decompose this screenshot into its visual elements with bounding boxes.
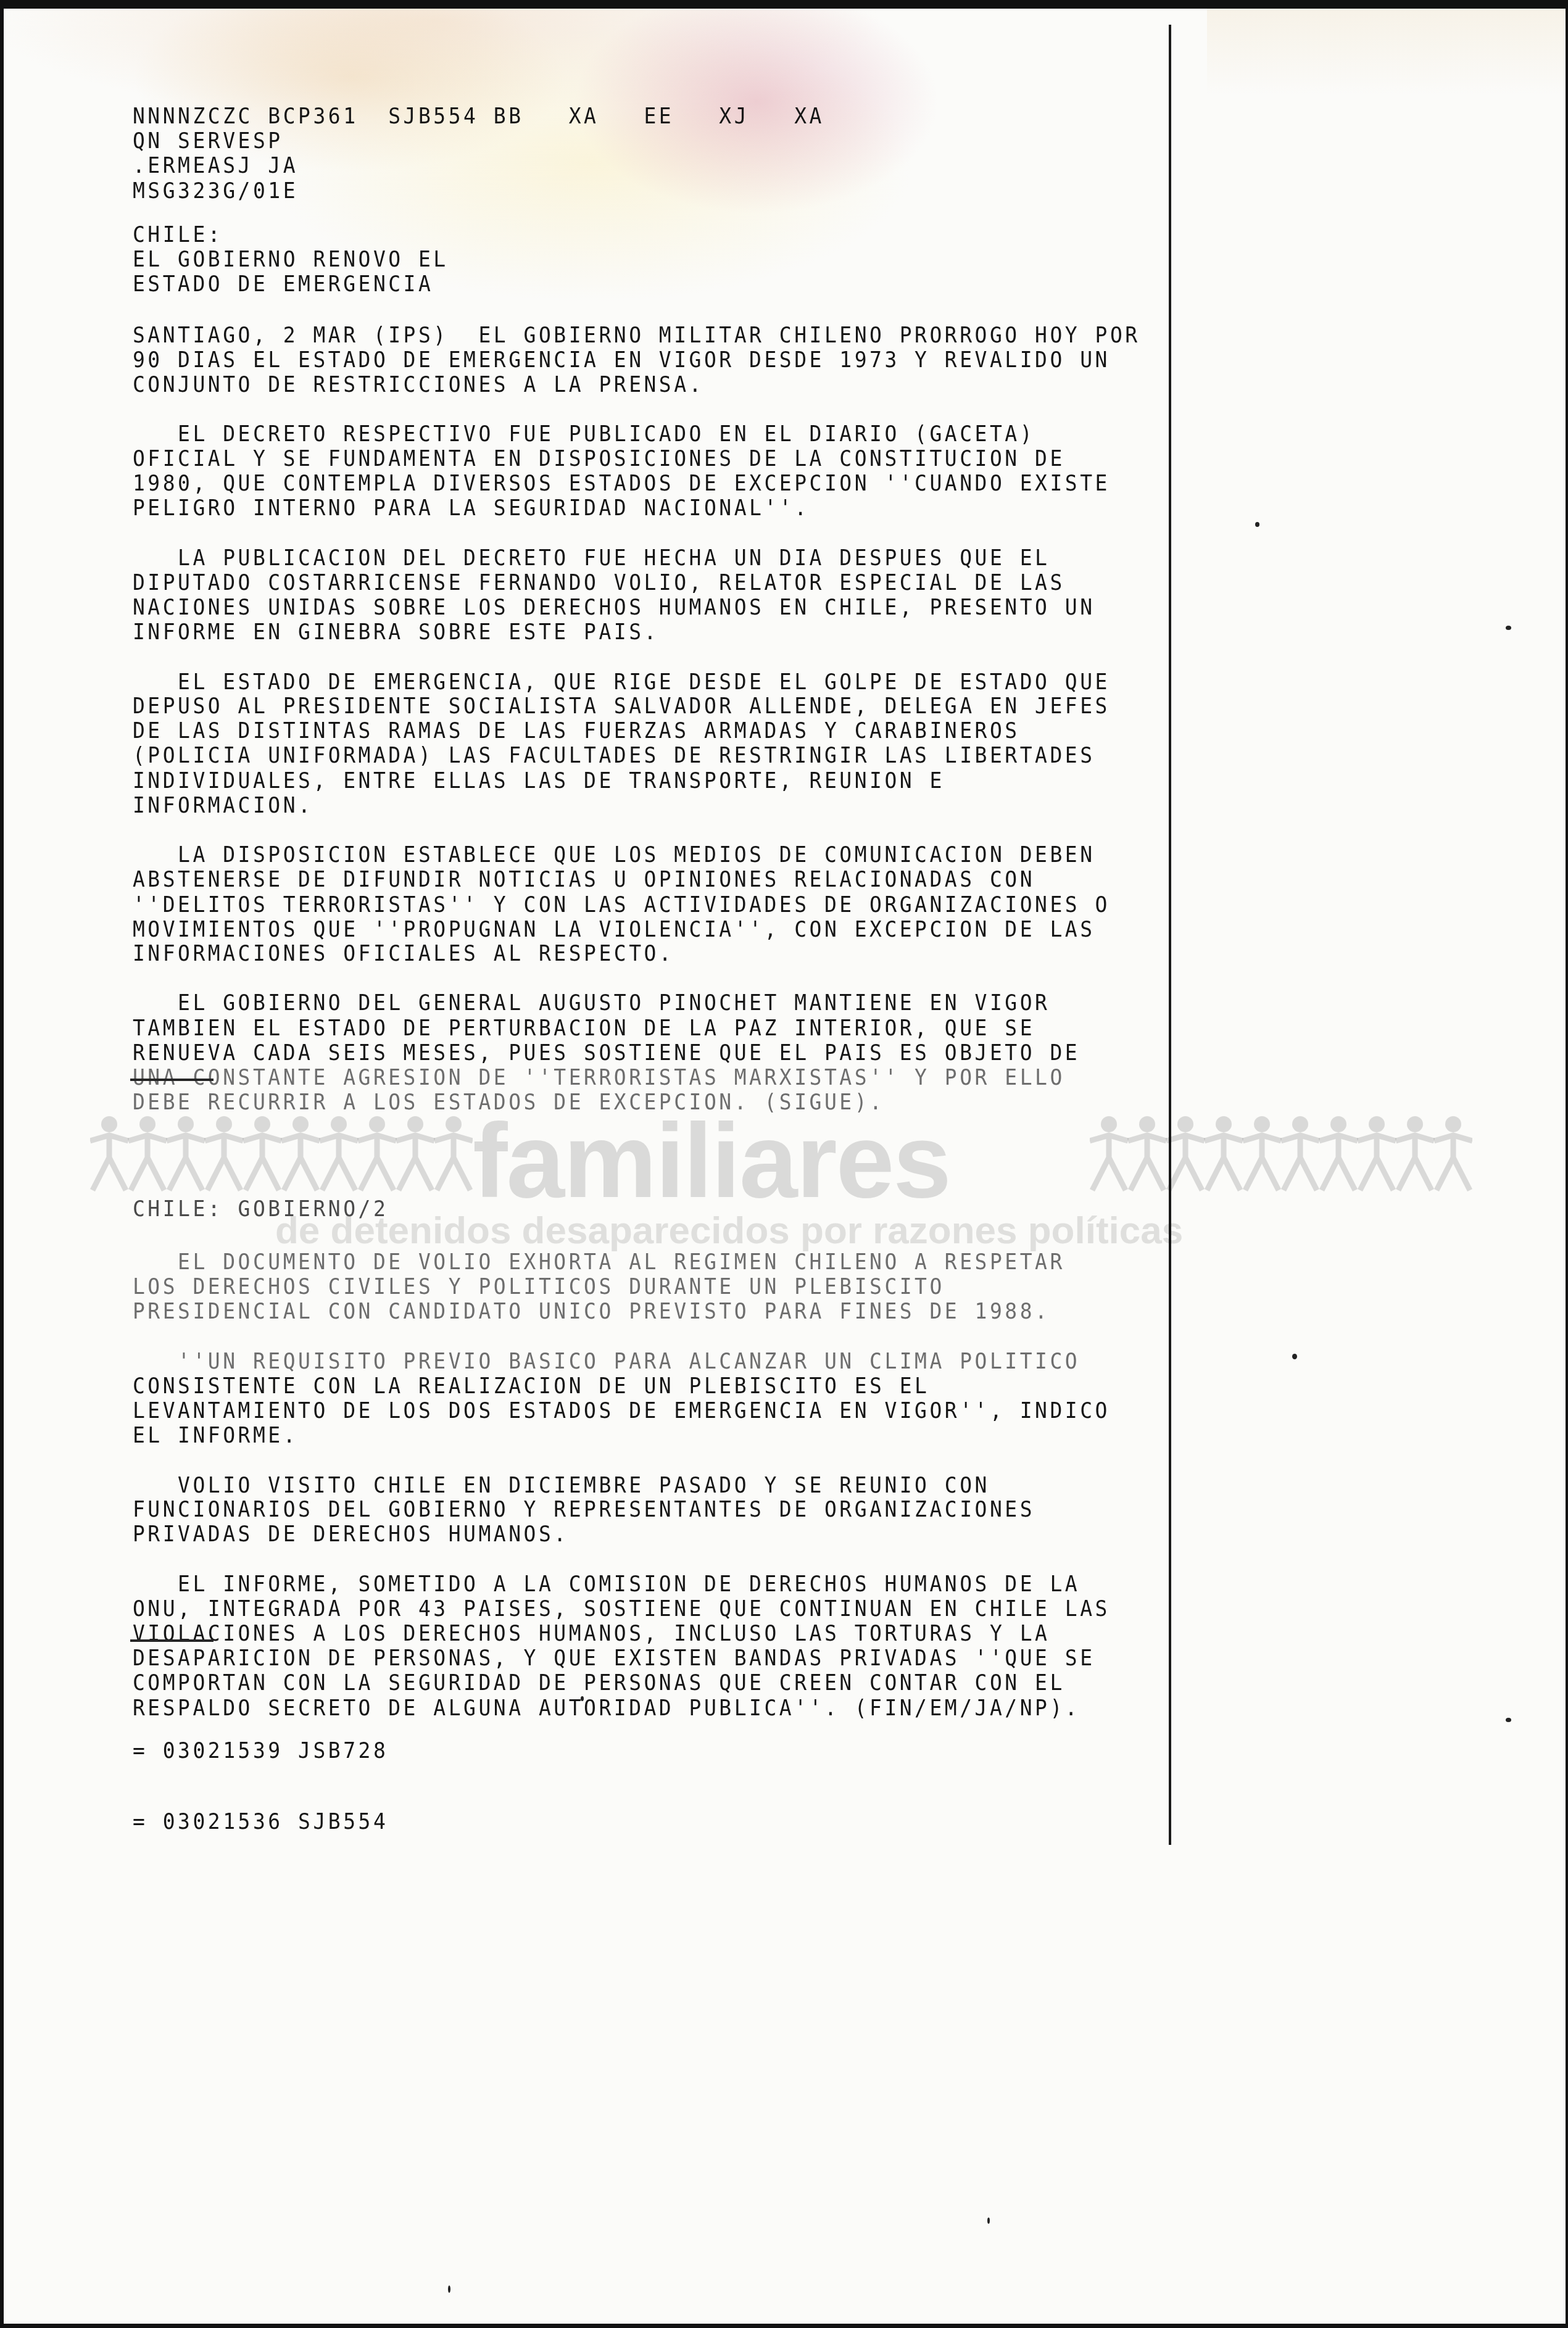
text-line: ABSTENERSE DE DIFUNDIR NOTICIAS U OPINIO… — [133, 867, 1035, 892]
text-line: 1980, QUE CONTEMPLA DIVERSOS ESTADOS DE … — [133, 471, 1110, 496]
text-line: COMPORTAN CON LA SEGURIDAD DE PERSONAS Q… — [133, 1670, 1065, 1696]
text-line: LOS DERECHOS CIVILES Y POLITICOS DURANTE… — [133, 1274, 945, 1299]
part1-body: SANTIAGO, 2 MAR (IPS) EL GOBIERNO MILITA… — [133, 323, 1140, 1115]
speck — [1255, 522, 1259, 527]
text-line: INDIVIDUALES, ENTRE ELLAS LAS DE TRANSPO… — [133, 768, 945, 793]
text-line: DIPUTADO COSTARRICENSE FERNANDO VOLIO, R… — [133, 570, 1065, 595]
speck — [1506, 626, 1511, 630]
part2-title: CHILE: GOBIERNO/2 — [133, 1197, 388, 1222]
text-line: EL GOBIERNO DEL GENERAL AUGUSTO PINOCHET… — [133, 990, 1050, 1016]
telex-page: familiares de detenidos desaparecidos po… — [4, 9, 1566, 2324]
speck — [1506, 1718, 1511, 1722]
text-line: MOVIMIENTOS QUE ''PROPUGNAN LA VIOLENCIA… — [133, 916, 1095, 942]
trailer-1: = 03021539 JSB728 — [133, 1738, 388, 1763]
text-line: ''UN REQUISITO PREVIO BASICO PARA ALCANZ… — [133, 1348, 1080, 1373]
paper-stain-right — [1207, 9, 1566, 95]
text-line: CONSISTENTE CON LA REALIZACION DE UN PLE… — [133, 1373, 930, 1398]
text-line: INFORME EN GINEBRA SOBRE ESTE PAIS. — [133, 619, 659, 645]
text-line: INFORMACION. — [133, 792, 313, 818]
speck — [581, 1696, 584, 1701]
text-line: PRIVADAS DE DERECHOS HUMANOS. — [133, 1522, 569, 1547]
tear-line — [1169, 25, 1171, 1845]
text-line: TAMBIEN EL ESTADO DE PERTURBACION DE LA … — [133, 1015, 1035, 1040]
paper-doll-chain-icon — [90, 1113, 473, 1193]
text-line: PELIGRO INTERNO PARA LA SEGURIDAD NACION… — [133, 495, 810, 521]
text-line: EL DOCUMENTO DE VOLIO EXHORTA AL REGIMEN… — [133, 1249, 1065, 1275]
text-line: LEVANTAMIENTO DE LOS DOS ESTADOS DE EMER… — [133, 1398, 1110, 1423]
text-line: FUNCIONARIOS DEL GOBIERNO Y REPRESENTANT… — [133, 1497, 1035, 1522]
text-line: ''DELITOS TERRORISTAS'' Y CON LAS ACTIVI… — [133, 892, 1110, 917]
text-line: OFICIAL Y SE FUNDAMENTA EN DISPOSICIONES… — [133, 446, 1065, 471]
text-line: VOLIO VISITO CHILE EN DICIEMBRE PASADO Y… — [133, 1472, 990, 1497]
headline: CHILE: EL GOBIERNO RENOVO EL ESTADO DE E… — [133, 222, 449, 296]
text-line: INFORMACIONES OFICIALES AL RESPECTO. — [133, 941, 674, 966]
text-line: EL INFORME, SOMETIDO A LA COMISION DE DE… — [133, 1571, 1080, 1596]
text-line: EL DECRETO RESPECTIVO FUE PUBLICADO EN E… — [133, 421, 1035, 447]
text-line: DEPUSO AL PRESIDENTE SOCIALISTA SALVADOR… — [133, 694, 1110, 719]
speck — [448, 2285, 450, 2293]
transmission-header: NNNNZCZC BCP361 SJB554 BB XA EE XJ XA QN… — [133, 104, 824, 202]
section-rule — [130, 1079, 214, 1081]
watermark: familiares de detenidos desaparecidos po… — [4, 1101, 1566, 1274]
trailer-2: = 03021536 SJB554 — [133, 1810, 388, 1834]
watermark-subtitle: de detenidos desaparecidos por razones p… — [275, 1209, 1183, 1253]
text-line: LA DISPOSICION ESTABLECE QUE LOS MEDIOS … — [133, 842, 1095, 868]
text-line: RESPALDO SECRETO DE ALGUNA AUTORIDAD PUB… — [133, 1695, 1080, 1720]
speck — [987, 2218, 990, 2224]
text-line: LA PUBLICACION DEL DECRETO FUE HECHA UN … — [133, 545, 1050, 570]
text-line: ONU, INTEGRADA POR 43 PAISES, SOSTIENE Q… — [133, 1596, 1110, 1621]
text-line: VIOLACIONES A LOS DERECHOS HUMANOS, INCL… — [133, 1620, 1050, 1646]
text-line: RENUEVA CADA SEIS MESES, PUES SOSTIENE Q… — [133, 1040, 1080, 1065]
end-rule — [130, 1639, 214, 1642]
text-line: SANTIAGO, 2 MAR (IPS) EL GOBIERNO MILITA… — [133, 322, 1140, 347]
text-line: (POLICIA UNIFORMADA) LAS FACULTADES DE R… — [133, 743, 1095, 768]
part2-body: EL DOCUMENTO DE VOLIO EXHORTA AL REGIMEN… — [133, 1250, 1110, 1720]
text-line: NACIONES UNIDAS SOBRE LOS DERECHOS HUMAN… — [133, 594, 1095, 619]
text-line: UNA CONSTANTE AGRESION DE ''TERRORISTAS … — [133, 1065, 1065, 1090]
watermark-word: familiares — [473, 1101, 950, 1222]
speck — [1292, 1354, 1297, 1359]
text-line: CONJUNTO DE RESTRICCIONES A LA PRENSA. — [133, 371, 704, 397]
text-line: 90 DIAS EL ESTADO DE EMERGENCIA EN VIGOR… — [133, 347, 1110, 372]
text-line: EL ESTADO DE EMERGENCIA, QUE RIGE DESDE … — [133, 669, 1110, 694]
text-line: DEBE RECURRIR A LOS ESTADOS DE EXCEPCION… — [133, 1090, 884, 1115]
text-line: DE LAS DISTINTAS RAMAS DE LAS FUERZAS AR… — [133, 718, 1020, 744]
text-line: EL INFORME. — [133, 1423, 298, 1448]
telex-text: NNNNZCZC BCP361 SJB554 BB XA EE XJ XA QN… — [133, 9, 193, 231]
paper-doll-chain-icon — [1090, 1113, 1472, 1193]
text-line: DESAPARICION DE PERSONAS, Y QUE EXISTEN … — [133, 1646, 1095, 1671]
text-line: PRESIDENCIAL CON CANDIDATO UNICO PREVIST… — [133, 1299, 1050, 1324]
